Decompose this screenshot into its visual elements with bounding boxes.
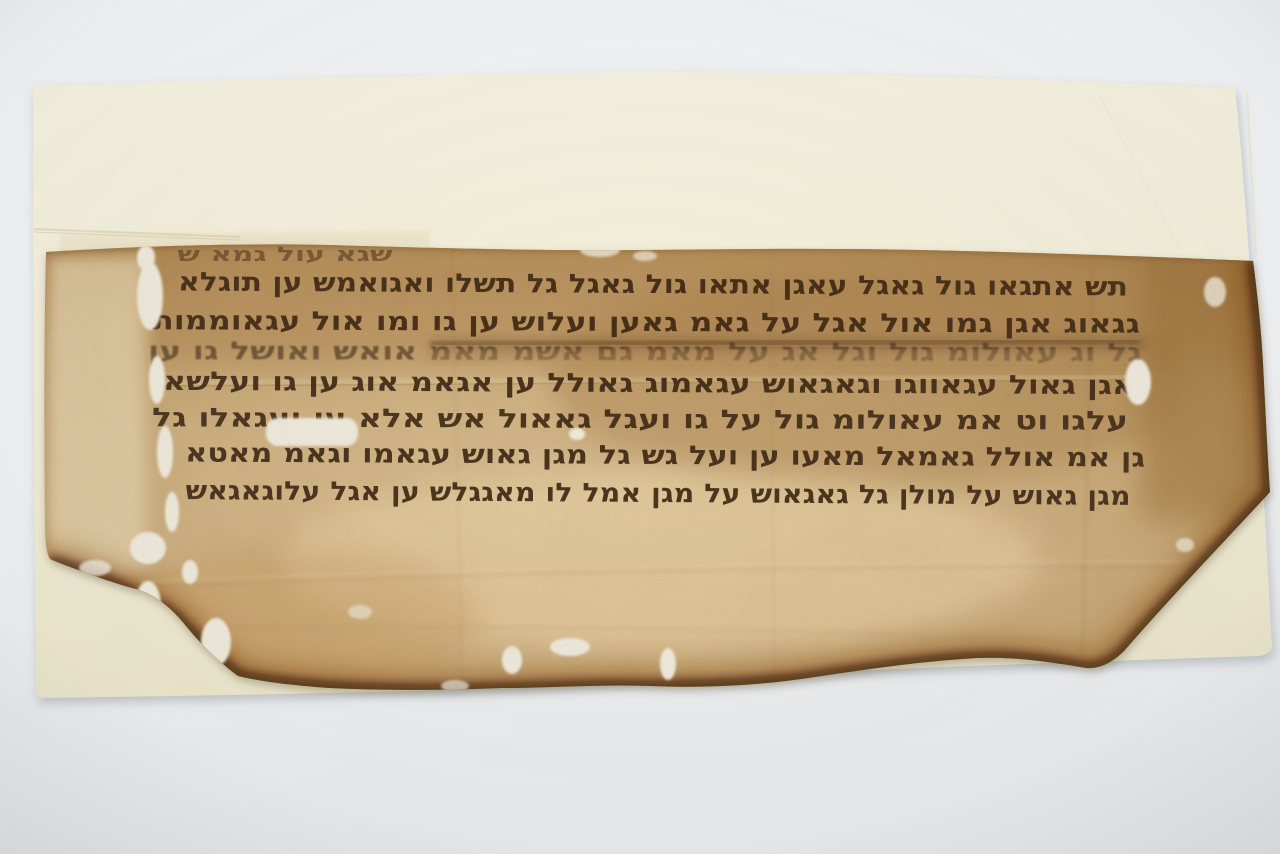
manuscript-photo: שגא עול גמא ש תש אתגאו גול גאגל עאגן אתא…	[0, 0, 1280, 854]
photo-vignette	[0, 0, 1280, 854]
photograph: שגא עול גמא ש תש אתגאו גול גאגל עאגן אתא…	[0, 0, 1280, 854]
